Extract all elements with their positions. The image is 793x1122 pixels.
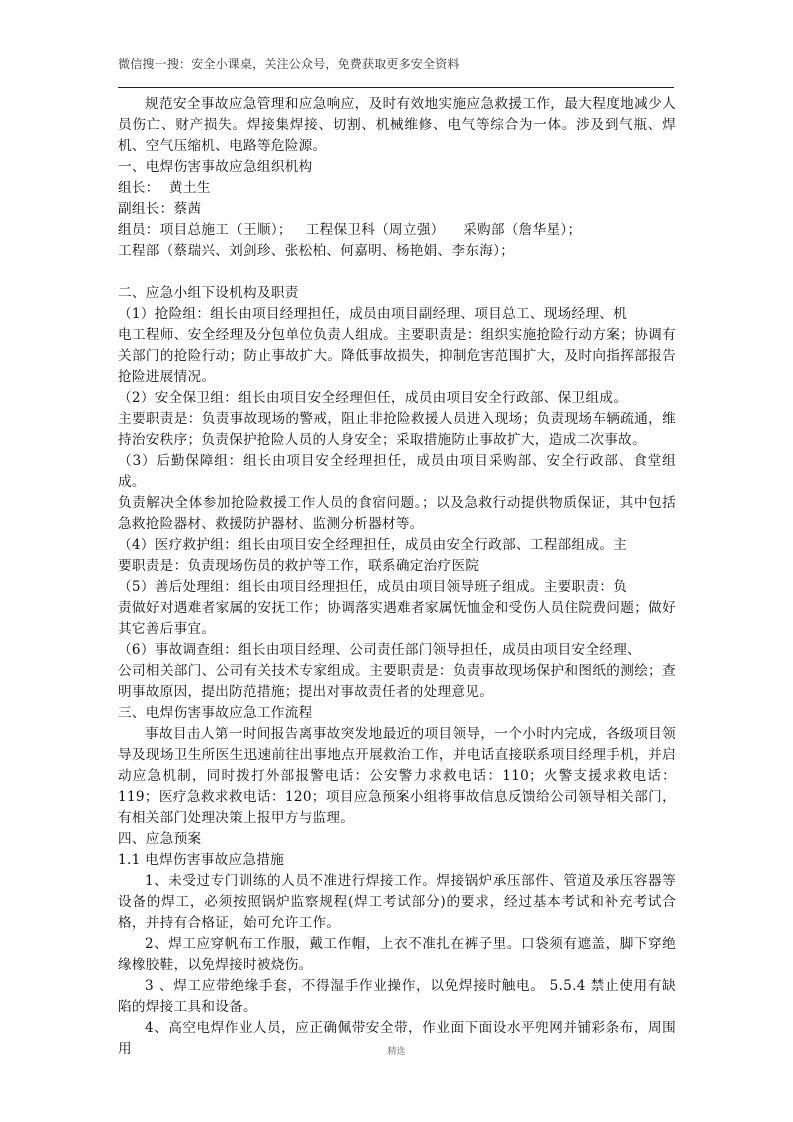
members-line: 组员：项目总施工（王顺）； 工程保卫科（周立强） 采购部（詹华星）； <box>118 220 676 241</box>
measure-item-3: 3 、焊工应带绝缘手套，不得湿手作业操作，以免焊接时触电。 5.5.4 禁止使用… <box>118 976 676 1018</box>
group-5-body: 责做好对遇难者家属的安抚工作；协调落实遇难者家属怃恤金和受伤人员住院费问题；做好… <box>118 598 676 640</box>
section-3-heading: 三、电焊伤害事故应急工作流程 <box>118 703 676 724</box>
group-3-body: 负责解决全体参加抢险救援工作人员的食宿问题。；以及急救行动提供物质保证，其中包括… <box>118 493 676 535</box>
group-4-first-line: （4）医疗救护组：组长由项目安全经理担任，成员由安全行政部、工程部组成。主 <box>118 535 676 556</box>
group-2-body: 主要职责是：负责事故现场的警戒，阻止非抢险救援人员进入现场；负责现场车辆疏通，维… <box>118 409 676 451</box>
engineering-members-line: 工程部（蔡瑞兴、刘剑珍、张松柏、何嘉明、杨艳娟、李东海）； <box>118 241 676 262</box>
intro-paragraph: 规范安全事故应急管理和应急响应，及时有效地实施应急救援工作，最大程度地减少人员伤… <box>118 94 676 157</box>
leader-line: 组长： 黄土生 <box>118 178 676 199</box>
document-body: 规范安全事故应急管理和应急响应，及时有效地实施应急救援工作，最大程度地减少人员伤… <box>118 94 676 1060</box>
section-1-heading: 一、电焊伤害事故应急组织机构 <box>118 157 676 178</box>
section-3-body: 事故目击人第一时间报告离事故突发地最近的项目领导，一个小时内完成，各级项目领导及… <box>118 724 676 829</box>
page-footer: 精选 <box>0 1044 793 1057</box>
section-4-subheading: 1.1 电焊伤害事故应急措施 <box>118 850 676 871</box>
group-6-body: 公司相关部门、公司有关技术专家组成。主要职责是：负责事故现场保护和图纸的测绘；查… <box>118 661 676 703</box>
deputy-leader-line: 副组长：蔡茜 <box>118 199 676 220</box>
document-page: 微信搜一搜：安全小课桌，关注公众号，免费获取更多安全资料 规范安全事故应急管理和… <box>0 0 793 1122</box>
group-1-first-line: （1）抢险组：组长由项目经理担任，成员由项目副经理、项目总工、现场经理、机 <box>118 304 676 325</box>
page-header-text: 微信搜一搜：安全小课桌，关注公众号，免费获取更多安全资料 <box>118 55 460 72</box>
measure-item-2: 2、焊工应穿帆布工作服，戴工作帽，上衣不准扎在裤子里。口袋须有遮盖，脚下穿绝缘橡… <box>118 934 676 976</box>
header-divider <box>118 87 674 88</box>
blank-line <box>118 262 676 283</box>
group-3-first-line: （3）后勤保障组：组长由项目安全经理担任，成员由项目采购部、安全行政部、食堂组成… <box>118 451 676 493</box>
section-4-heading: 四、应急预案 <box>118 829 676 850</box>
group-4-body: 要职责是：负责现场伤员的救护等工作，联系确定治疗医院 <box>118 556 676 577</box>
group-2-first-line: （2）安全保卫组：组长由项目安全经理但任，成员由项目安全行政部、保卫组成。 <box>118 388 676 409</box>
group-1-body: 电工程师、安全经理及分包单位负责人组成。主要职责是：组织实施抢险行动方案；协调有… <box>118 325 676 388</box>
group-6-first-line: （6）事故调查组：组长由项目经理、公司责任部门领导担任，成员由项目安全经理、 <box>118 640 676 661</box>
group-5-first-line: （5）善后处理组：组长由项目经理担任，成员由项目领导班子组成。主要职责：负 <box>118 577 676 598</box>
section-2-heading: 二、应急小组下设机构及职责 <box>118 283 676 304</box>
measure-item-1: 1、未受过专门训练的人员不准进行焊接工作。焊接锅炉承压部件、管道及承压容器等设备… <box>118 871 676 934</box>
